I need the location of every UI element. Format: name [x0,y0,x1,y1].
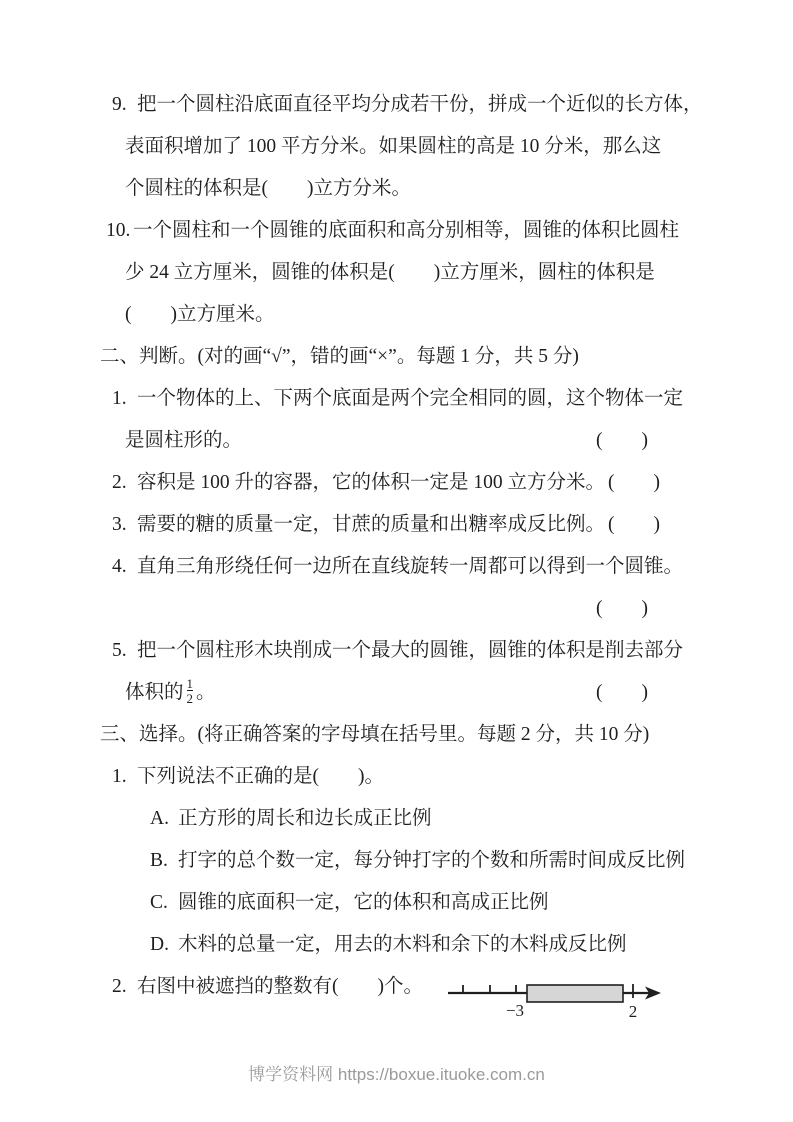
question-line: 把一个圆柱形木块削成一个最大的圆锥，圆锥的体积是削去部分 [137,630,683,672]
question-number: 1. [112,756,127,798]
option-label: A. [150,798,169,840]
choice-q1-option-d: D. 木料的总量一定，用去的木料和余下的木料成反比例 [0,924,793,966]
footer-watermark: 博学资料网 https://boxue.ituoke.com.cn [0,1054,793,1096]
question-line: 下列说法不正确的是( )。 [137,756,384,798]
question-line: 一个圆柱和一个圆锥的底面积和高分别相等，圆锥的体积比圆柱 [133,210,679,252]
answer-blank: ( ) [596,672,648,714]
question-line: ( )立方厘米。 [125,294,275,336]
question-line: 少 24 立方厘米，圆锥的体积是( )立方厘米，圆柱的体积是 [125,252,655,294]
fraction-denominator: 2 [187,690,194,706]
choice-q1-stem: 1. 下列说法不正确的是( )。 [0,756,793,798]
number-line-figure: −3 2 [447,972,665,1020]
choice-q1-option-c: C. 圆锥的底面积一定，它的体积和高成正比例 [0,882,793,924]
answer-blank: ( ) [608,462,660,504]
judge-q4-line1: 4. 直角三角形绕任何一边所在直线旋转一周都可以得到一个圆锥。 [0,546,793,588]
judge-q5-line2: 体积的12。 ( ) [0,672,793,714]
question-number: 2. [112,966,127,1008]
section-heading: 二、判断。(对的画“√”，错的画“×”。每题 1 分，共 5 分) [100,336,579,378]
option-text: 圆锥的底面积一定，它的体积和高成正比例 [178,882,549,924]
judge-q2-line1: 2. 容积是 100 升的容器，它的体积一定是 100 立方分米。 ( ) [0,462,793,504]
answer-blank: ( ) [596,588,648,630]
judge-q5-line1: 5. 把一个圆柱形木块削成一个最大的圆锥，圆锥的体积是削去部分 [0,630,793,672]
fill-q10-line1: 10. 一个圆柱和一个圆锥的底面积和高分别相等，圆锥的体积比圆柱 [0,210,793,252]
question-number: 5. [112,630,127,672]
question-number: 10. [106,210,130,252]
fill-q9-line3: 个圆柱的体积是( )立方分米。 [0,168,793,210]
choice-q1-option-a: A. 正方形的周长和边长成正比例 [0,798,793,840]
option-label: B. [150,840,168,882]
covered-box [527,985,623,1002]
judge-q1-line1: 1. 一个物体的上、下两个底面是两个完全相同的圆，这个物体一定 [0,378,793,420]
option-text: 打字的总个数一定，每分钟打字的个数和所需时间成反比例 [178,840,685,882]
option-text: 木料的总量一定，用去的木料和余下的木料成反比例 [178,924,627,966]
fill-q10-line2: 少 24 立方厘米，圆锥的体积是( )立方厘米，圆柱的体积是 [0,252,793,294]
answer-blank: ( ) [596,420,648,462]
section-heading: 三、选择。(将正确答案的字母填在括号里。每题 2 分，共 10 分) [100,714,649,756]
question-line: 个圆柱的体积是( )立方分米。 [125,168,411,210]
judge-q3-line1: 3. 需要的糖的质量一定，甘蔗的质量和出糖率成反比例。 ( ) [0,504,793,546]
question-line: 直角三角形绕任何一边所在直线旋转一周都可以得到一个圆锥。 [137,546,683,588]
question-line: 右图中被遮挡的整数有( )个。 [137,966,423,1008]
question-line: 体积的12。 [125,672,216,714]
axis-label-2: 2 [629,1002,638,1020]
question-number: 3. [112,504,127,546]
choice-section-heading-line: 三、选择。(将正确答案的字母填在括号里。每题 2 分，共 10 分) [0,714,793,756]
option-text: 正方形的周长和边长成正比例 [178,798,432,840]
fraction-numerator: 1 [187,677,194,690]
choice-q1-option-b: B. 打字的总个数一定，每分钟打字的个数和所需时间成反比例 [0,840,793,882]
question-line: 需要的糖的质量一定，甘蔗的质量和出糖率成反比例。 [137,504,605,546]
question-number: 9. [112,84,127,126]
question-line: 把一个圆柱沿底面直径平均分成若干份，拼成一个近似的长方体， [137,84,703,126]
choice-q2-stem: 2. 右图中被遮挡的整数有( )个。 [0,966,793,1008]
question-line: 一个物体的上、下两个底面是两个完全相同的圆，这个物体一定 [137,378,683,420]
question-line: 是圆柱形的。 [125,420,242,462]
judge-q1-line2: 是圆柱形的。 ( ) [0,420,793,462]
question-line-text: 。 [196,682,216,703]
judge-q4-line2: ( ) [0,588,793,630]
exam-page: 9. 把一个圆柱沿底面直径平均分成若干份，拼成一个近似的长方体， 表面积增加了 … [0,0,793,1122]
fraction-one-half: 12 [187,677,194,706]
fill-q9-line2: 表面积增加了 100 平方分米。如果圆柱的高是 10 分米，那么这 [0,126,793,168]
option-label: D. [150,924,169,966]
option-label: C. [150,882,168,924]
question-number: 2. [112,462,127,504]
question-line-text: 体积的 [125,682,184,703]
question-number: 4. [112,546,127,588]
question-line: 容积是 100 升的容器，它的体积一定是 100 立方分米。 [137,462,605,504]
judge-section-heading-line: 二、判断。(对的画“√”，错的画“×”。每题 1 分，共 5 分) [0,336,793,378]
answer-blank: ( ) [608,504,660,546]
axis-label-minus-3: −3 [506,1001,524,1020]
question-number: 1. [112,378,127,420]
fill-q9-line1: 9. 把一个圆柱沿底面直径平均分成若干份，拼成一个近似的长方体， [0,84,793,126]
fill-q10-line3: ( )立方厘米。 [0,294,793,336]
question-line: 表面积增加了 100 平方分米。如果圆柱的高是 10 分米，那么这 [125,126,661,168]
